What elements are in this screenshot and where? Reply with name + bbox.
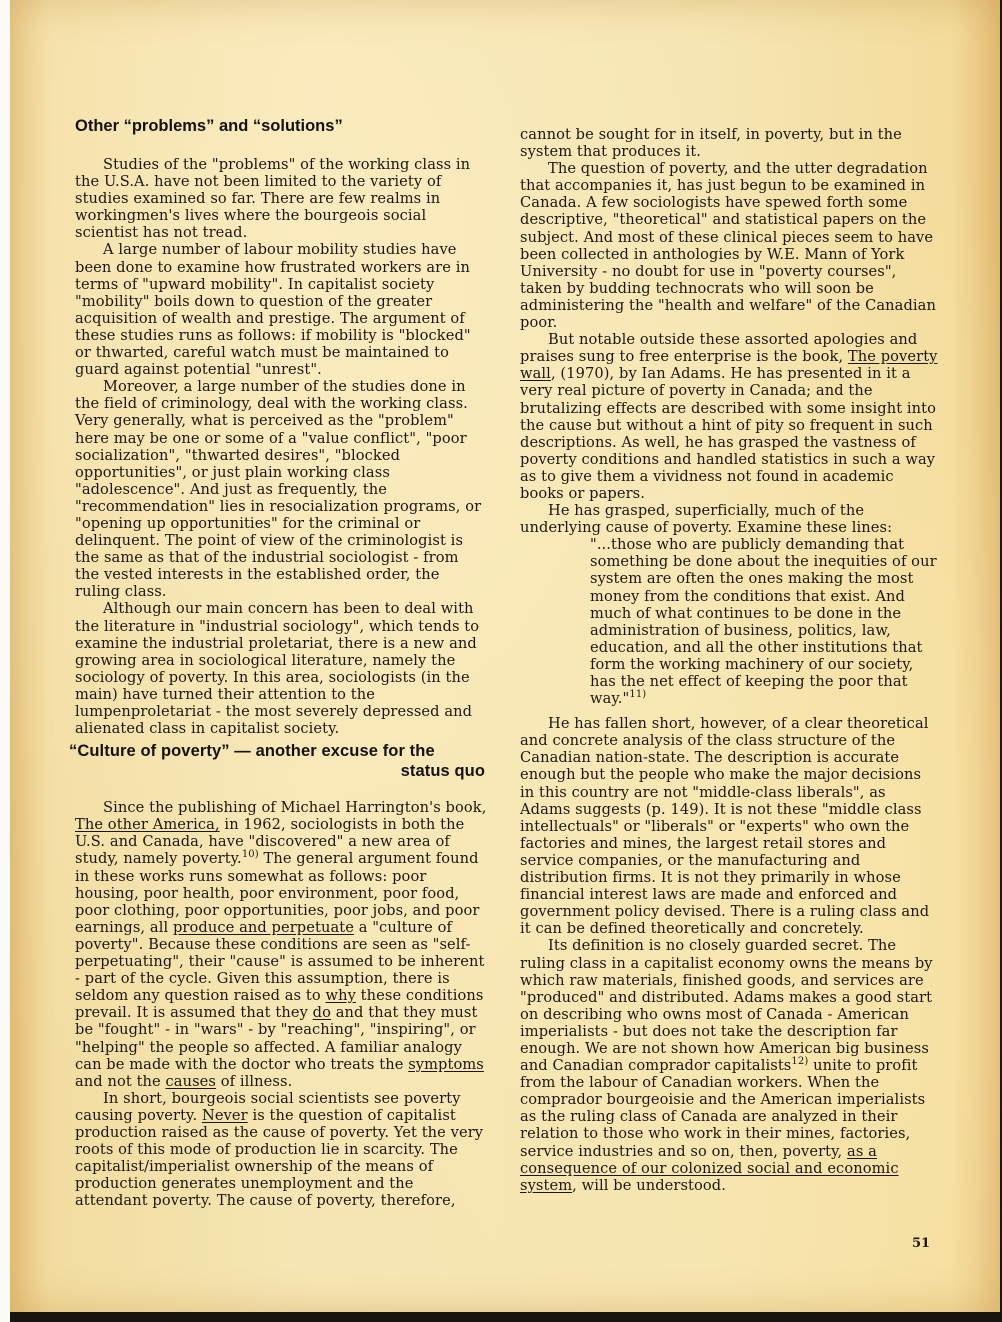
paragraph: Although our main concern has been to de… [75,600,487,737]
section-heading-other-problems: Other “problems” and “solutions” [75,116,343,136]
paragraph: He has grasped, superficially, much of t… [520,502,940,536]
paragraph: cannot be sought for in itself, in pover… [520,126,940,160]
right-column: cannot be sought for in itself, in pover… [520,126,940,1194]
scan-edge [0,0,10,1322]
section-heading-culture-of-poverty: “Culture of poverty” — another excuse fo… [69,741,489,781]
paragraph: He has fallen short, however, of a clear… [520,715,940,937]
paragraph: Its definition is no closely guarded sec… [520,937,940,1193]
paragraph: In short, bourgeois social scientists se… [75,1090,487,1210]
footnote-ref: 10) [242,850,259,861]
paragraph: But notable outside these assorted apolo… [520,331,940,502]
footnote-ref: 12) [791,1056,808,1067]
paragraph: A large number of labour mobility studie… [75,241,487,378]
footnote-ref: 11) [629,689,646,700]
paragraph: Studies of the "problems" of the working… [75,156,487,241]
paragraph: Since the publishing of Michael Harringt… [75,799,487,1090]
book-title: The other America, [75,816,220,833]
page-number: 51 [912,1236,930,1251]
block-quote: "...those who are publicly demanding tha… [590,536,940,707]
left-column: Studies of the "problems" of the working… [75,156,487,1209]
paragraph: The question of poverty, and the utter d… [520,160,940,331]
paragraph: Moreover, a large number of the studies … [75,378,487,600]
